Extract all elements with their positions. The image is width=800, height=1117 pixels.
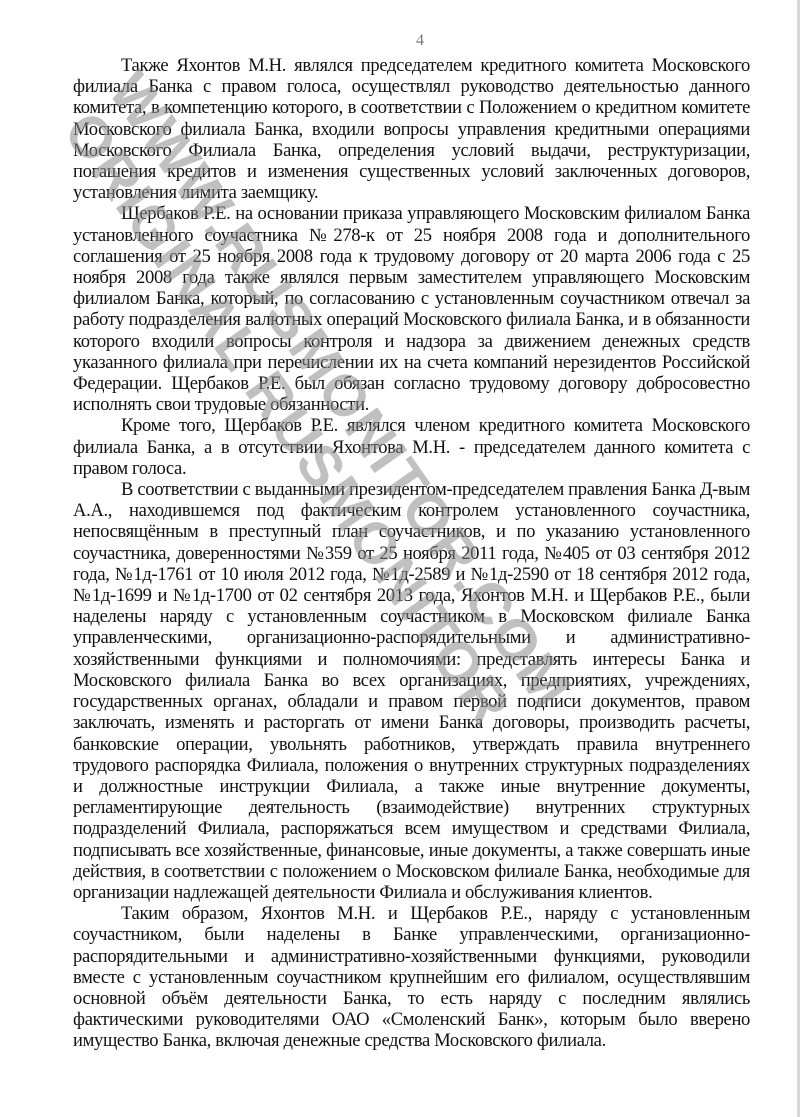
- paragraph: Щербаков Р.Е. на основании приказа управ…: [73, 203, 750, 415]
- paragraph: Кроме того, Щербаков Р.Е. являлся членом…: [73, 415, 750, 479]
- document-body: Также Яхонтов М.Н. являлся председателем…: [73, 55, 750, 1052]
- paragraph: В соответствии с выданными президентом-п…: [73, 479, 750, 903]
- paragraph: Таким образом, Яхонтов М.Н. и Щербаков Р…: [73, 903, 750, 1051]
- paragraph: Также Яхонтов М.Н. являлся председателем…: [73, 55, 750, 203]
- page-number: 4: [0, 32, 800, 50]
